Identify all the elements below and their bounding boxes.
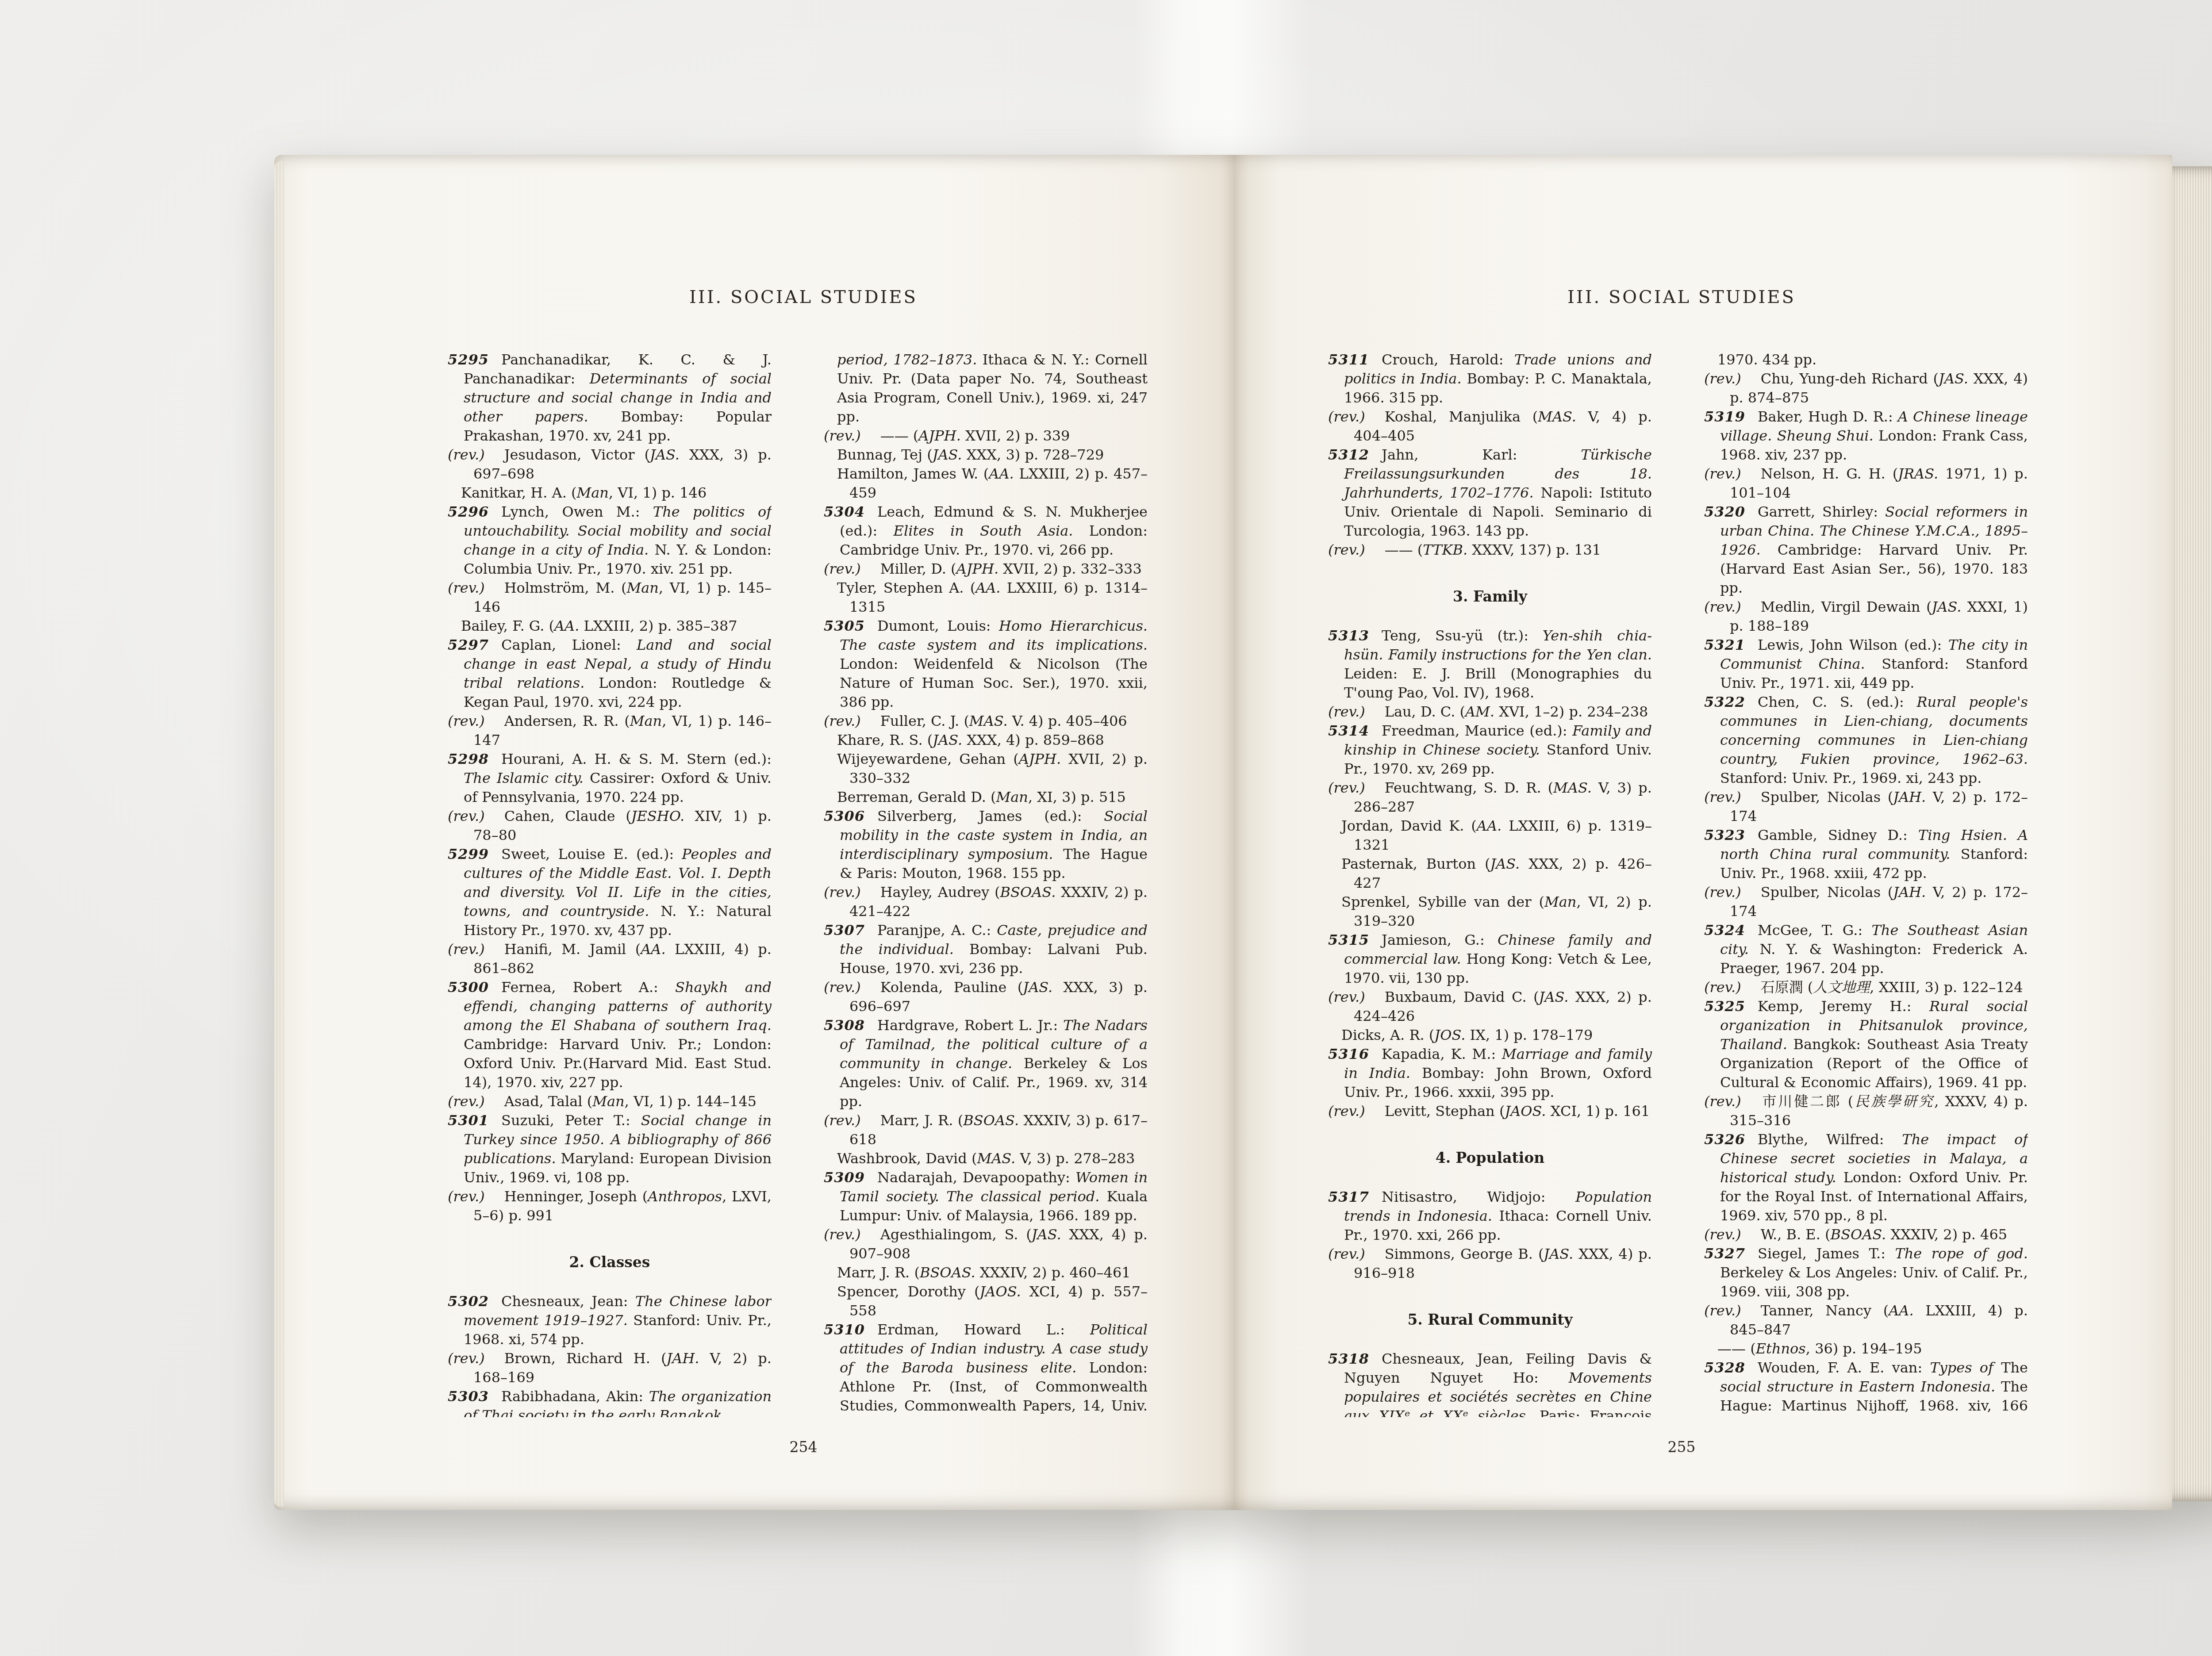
review-text: Koshal, Manjulika ( xyxy=(1385,408,1538,425)
entry-text: Dumont, Louis: xyxy=(877,617,999,634)
review-text: Nelson, H. G. H. ( xyxy=(1761,465,1898,482)
rev-label: (rev.) xyxy=(1704,465,1741,482)
entry-text: Hardgrave, Robert L. Jr.: xyxy=(877,1017,1063,1034)
bib-entry-5305: 5305Dumont, Louis: Homo Hierarchicus. Th… xyxy=(824,617,1148,712)
rev-label: (rev.) xyxy=(1328,779,1365,796)
journal-abbrev: AJPH. xyxy=(956,560,999,577)
entry-number: 5314 xyxy=(1328,722,1369,739)
journal-abbrev: AA. xyxy=(1477,817,1502,834)
journal-abbrev: AA. xyxy=(554,617,579,634)
review-line: (rev.)Kolenda, Pauline (JAS. XXX, 3) p. … xyxy=(824,978,1148,1016)
bib-entry-5296: 5296Lynch, Owen M.: The politics of unto… xyxy=(448,502,772,579)
bib-entry-continuation: 1970. 434 pp. xyxy=(1704,350,2028,369)
rev-label: (rev.) xyxy=(448,446,485,463)
bib-entry-5318: 5318Chesneaux, Jean, Feiling Davis & Ngu… xyxy=(1328,1349,1652,1417)
entry-text: Jahn, Karl: xyxy=(1382,446,1581,463)
photo-background: III. SOCIAL STUDIES 5295Panchanadikar, K… xyxy=(0,0,2212,1656)
review-text: Jesudason, Victor ( xyxy=(504,446,650,463)
entry-number: 5309 xyxy=(824,1169,865,1186)
page-left-columns: 5295Panchanadikar, K. C. & J. Panchanadi… xyxy=(448,350,1159,1417)
entry-text: Gamble, Sidney D.: xyxy=(1758,827,1918,843)
review-line: Tyler, Stephen A. (AA. LXXIII, 6) p. 131… xyxy=(824,579,1148,617)
journal-abbrev: AM. xyxy=(1465,703,1494,720)
entry-number: 5323 xyxy=(1704,827,1745,843)
bib-entry-5311: 5311Crouch, Harold: Trade unions and pol… xyxy=(1328,350,1652,407)
bib-entry-5312: 5312Jahn, Karl: Türkische Freilassungsur… xyxy=(1328,445,1652,540)
journal-abbrev: AA. xyxy=(989,465,1014,482)
review-text: , VI, 1) p. 144–145 xyxy=(625,1093,757,1110)
bib-entry-5300: 5300Fernea, Robert A.: Shaykh and effend… xyxy=(448,978,772,1092)
entry-text: Cambridge: Harvard Univ. Pr.; London: Ox… xyxy=(464,1036,772,1091)
title-italic: period, 1782–1873. xyxy=(837,351,977,368)
review-line: (rev.)市川健二郎 (民族學研究, XXXV, 4) p. 315–316 xyxy=(1704,1092,2028,1130)
review-text: Medlin, Virgil Dewain ( xyxy=(1761,598,1932,615)
journal-abbrev: AA. xyxy=(641,941,665,958)
journal-abbrev: MAS. xyxy=(977,1150,1015,1167)
entry-number: 5301 xyxy=(448,1112,489,1129)
page-edges xyxy=(2172,166,2212,1501)
open-book: III. SOCIAL STUDIES 5295Panchanadikar, K… xyxy=(274,155,2212,1510)
rev-label: (rev.) xyxy=(448,941,485,958)
review-text: 石原潤 ( xyxy=(1761,979,1813,996)
rev-label: (rev.) xyxy=(1328,408,1365,425)
review-line: (rev.)Tanner, Nancy (AA. LXXIII, 4) p. 8… xyxy=(1704,1301,2028,1339)
review-text: XCI, 1) p. 161 xyxy=(1546,1103,1650,1119)
journal-abbrev: JOS. xyxy=(1434,1027,1465,1043)
review-line: (rev.)Hanifi, M. Jamil (AA. LXXIII, 4) p… xyxy=(448,940,772,978)
review-line: (rev.)Chu, Yung-deh Richard (JAS. XXX, 4… xyxy=(1704,369,2028,407)
review-text: , XXIII, 3) p. 122–124 xyxy=(1870,979,2023,996)
section-heading: 3. Family xyxy=(1328,587,1652,606)
journal-abbrev: 民族學研究 xyxy=(1853,1093,1934,1110)
entry-number: 5312 xyxy=(1328,446,1369,463)
review-line: (rev.)W., B. E. (BSOAS. XXXIV, 2) p. 465 xyxy=(1704,1225,2028,1244)
review-line: (rev.)Henninger, Joseph (Anthropos, LXVI… xyxy=(448,1187,772,1225)
review-text: Lau, D. C. ( xyxy=(1385,703,1465,720)
review-text: Khare, R. S. ( xyxy=(837,732,933,748)
rev-label: (rev.) xyxy=(448,1093,485,1110)
entry-text: N. Y. & Washington: Frederick A. Praeger… xyxy=(1720,941,2028,977)
journal-abbrev: MAS. xyxy=(969,713,1008,729)
entry-text: Silverberg, James (ed.): xyxy=(877,808,1104,824)
review-text: Henninger, Joseph ( xyxy=(504,1188,648,1205)
entry-number: 5321 xyxy=(1704,636,1745,653)
entry-text: Rabibhadana, Akin: xyxy=(501,1388,649,1405)
review-text: , 36) p. 194–195 xyxy=(1806,1340,1922,1357)
review-text: Jordan, David K. ( xyxy=(1341,817,1477,834)
journal-abbrev: Man xyxy=(626,579,658,596)
review-text: —— ( xyxy=(880,427,919,444)
journal-abbrev: Man xyxy=(592,1093,624,1110)
review-line: (rev.)Andersen, R. R. (Man, VI, 1) p. 14… xyxy=(448,712,772,750)
bib-entry-continuation: period, 1782–1873. Ithaca & N. Y.: Corne… xyxy=(824,350,1148,426)
page-left: III. SOCIAL STUDIES 5295Panchanadikar, K… xyxy=(274,155,1234,1510)
review-line: (rev.)Holmström, M. (Man, VI, 1) p. 145–… xyxy=(448,579,772,617)
review-text: V, 3) p. 278–283 xyxy=(1015,1150,1135,1167)
review-text: Kolenda, Pauline ( xyxy=(880,979,1023,996)
page-right-columns: 5311Crouch, Harold: Trade unions and pol… xyxy=(1328,350,2035,1417)
entry-number: 5308 xyxy=(824,1017,865,1034)
review-line: (rev.)Jesudason, Victor (JAS. XXX, 3) p.… xyxy=(448,445,772,483)
journal-abbrev: JAH. xyxy=(1893,884,1926,901)
review-text: Berreman, Gerald D. ( xyxy=(837,789,996,805)
page-right-column-2: 1970. 434 pp.(rev.)Chu, Yung-deh Richard… xyxy=(1704,350,2028,1417)
entry-number: 5302 xyxy=(448,1293,489,1310)
review-line: Dicks, A. R. (JOS. IX, 1) p. 178–179 xyxy=(1328,1026,1652,1045)
review-line: Marr, J. R. (BSOAS. XXXIV, 2) p. 460–461 xyxy=(824,1263,1148,1282)
review-text: Levitt, Stephan ( xyxy=(1385,1103,1505,1119)
review-line: —— (Ethnos, 36) p. 194–195 xyxy=(1704,1339,2028,1358)
bib-entry-5316: 5316Kapadia, K. M.: Marriage and family … xyxy=(1328,1045,1652,1102)
journal-abbrev: Man xyxy=(630,713,662,729)
entry-text: Nitisastro, Widjojo: xyxy=(1382,1188,1575,1205)
bib-entry-5295: 5295Panchanadikar, K. C. & J. Panchanadi… xyxy=(448,350,772,445)
review-text: Marr, J. R. ( xyxy=(880,1112,964,1129)
review-text: —— ( xyxy=(1385,541,1423,558)
review-text: Hamilton, James W. ( xyxy=(837,465,989,482)
entry-number: 5307 xyxy=(824,922,865,939)
journal-abbrev: BSOAS. xyxy=(1831,1226,1886,1243)
bib-entry-5309: 5309Nadarajah, Devapoopathy: Women in Ta… xyxy=(824,1168,1148,1225)
review-text: LXXIII, 2) p. 385–387 xyxy=(579,617,737,634)
review-text: Buxbaum, David C. ( xyxy=(1385,989,1539,1005)
journal-abbrev: AJPH. xyxy=(1019,751,1061,767)
entry-text: Lynch, Owen M.: xyxy=(501,503,653,520)
review-text: Bunnag, Tej ( xyxy=(837,446,933,463)
page-header-right: III. SOCIAL STUDIES xyxy=(1328,287,2035,308)
review-text: Hayley, Audrey ( xyxy=(880,884,1000,901)
rev-label: (rev.) xyxy=(1704,979,1741,996)
journal-abbrev: 人文地理 xyxy=(1813,979,1870,996)
review-text: W., B. E. ( xyxy=(1761,1226,1831,1243)
review-line: (rev.)Nelson, H. G. H. (JRAS. 1971, 1) p… xyxy=(1704,464,2028,502)
review-text: Chu, Yung-deh Richard ( xyxy=(1761,370,1939,387)
bib-entry-5319: 5319Baker, Hugh D. R.: A Chinese lineage… xyxy=(1704,407,2028,464)
journal-abbrev: TTKB. xyxy=(1423,541,1467,558)
bib-entry-5304: 5304Leach, Edmund & S. N. Mukherjee (ed.… xyxy=(824,502,1148,560)
review-text: 市川健二郎 ( xyxy=(1761,1093,1854,1110)
entry-text: Lewis, John Wilson (ed.): xyxy=(1758,636,1948,653)
journal-abbrev: Anthropos xyxy=(648,1188,722,1205)
entry-text: London: Weidenfeld & Nicolson (The Natur… xyxy=(840,655,1148,710)
journal-abbrev: Man xyxy=(576,484,608,501)
review-line: (rev.)Marr, J. R. (BSOAS. XXXIV, 3) p. 6… xyxy=(824,1111,1148,1149)
entry-text: Wouden, F. A. E. van: xyxy=(1758,1359,1930,1376)
review-line: Bailey, F. G. (AA. LXXIII, 2) p. 385–387 xyxy=(448,617,772,636)
review-text: Hanifi, M. Jamil ( xyxy=(504,941,641,958)
rev-label: (rev.) xyxy=(448,1350,485,1367)
review-text: IX, 1) p. 178–179 xyxy=(1465,1027,1593,1043)
review-line: (rev.)Asad, Talal (Man, VI, 1) p. 144–14… xyxy=(448,1092,772,1111)
entry-text: Leiden: E. J. Brill (Monographies du T'o… xyxy=(1344,665,1652,701)
entry-text: Cambridge: Harvard Univ. Pr. (Harvard Ea… xyxy=(1720,541,2028,596)
entry-number: 5306 xyxy=(824,808,865,824)
journal-abbrev: Man xyxy=(1544,893,1576,910)
review-line: (rev.)Cahen, Claude (JESHO. XIV, 1) p. 7… xyxy=(448,807,772,845)
bib-entry-5307: 5307Paranjpe, A. C.: Caste, prejudice an… xyxy=(824,921,1148,978)
bib-entry-5317: 5317Nitisastro, Widjojo: Population tren… xyxy=(1328,1188,1652,1245)
journal-abbrev: JAH. xyxy=(1893,789,1926,805)
entry-number: 5295 xyxy=(448,351,489,368)
journal-abbrev: JAS. xyxy=(1023,979,1052,996)
review-text: Miller, D. ( xyxy=(880,560,956,577)
journal-abbrev: JAH. xyxy=(667,1350,699,1367)
bib-entry-5313: 5313Teng, Ssu-yü (tr.): Yen-shih chia-hs… xyxy=(1328,626,1652,702)
review-line: Kanitkar, H. A. (Man, VI, 1) p. 146 xyxy=(448,483,772,502)
review-text: Agesthialingom, S. ( xyxy=(880,1226,1032,1243)
title-italic: Elites in South Asia. xyxy=(894,522,1073,539)
review-line: (rev.)石原潤 (人文地理, XXIII, 3) p. 122–124 xyxy=(1704,978,2028,997)
bib-entry-5302: 5302Chesneaux, Jean: The Chinese labor m… xyxy=(448,1292,772,1349)
review-text: XXX, 4) p. 859–868 xyxy=(962,732,1104,748)
review-text: Spulber, Nicolas ( xyxy=(1761,789,1893,805)
page-header-left: III. SOCIAL STUDIES xyxy=(448,287,1159,308)
entry-number: 5326 xyxy=(1704,1131,1745,1148)
rev-label: (rev.) xyxy=(1704,884,1741,901)
entry-text: Blythe, Wilfred: xyxy=(1758,1131,1902,1148)
review-line: Spencer, Dorothy (JAOS. XCI, 4) p. 557–5… xyxy=(824,1282,1148,1320)
review-line: (rev.)Agesthialingom, S. (JAS. XXX, 4) p… xyxy=(824,1225,1148,1263)
review-line: (rev.)Lau, D. C. (AM. XVI, 1–2) p. 234–2… xyxy=(1328,702,1652,721)
review-line: (rev.)Medlin, Virgil Dewain (JAS. XXXI, … xyxy=(1704,598,2028,636)
rev-label: (rev.) xyxy=(448,713,485,729)
entry-number: 5328 xyxy=(1704,1359,1745,1376)
review-text: Kanitkar, H. A. ( xyxy=(461,484,576,501)
review-text: Washbrook, David ( xyxy=(837,1150,977,1167)
entry-text: Siegel, James T.: xyxy=(1758,1245,1895,1262)
entry-number: 5310 xyxy=(824,1321,865,1338)
review-line: (rev.)—— (TTKB. XXXV, 137) p. 131 xyxy=(1328,540,1652,560)
bib-entry-5306: 5306Silverberg, James (ed.): Social mobi… xyxy=(824,807,1148,883)
bib-entry-5310: 5310Erdman, Howard L.: Political attitud… xyxy=(824,1320,1148,1417)
entry-text: Sweet, Louise E. (ed.): xyxy=(501,846,682,862)
review-text: XXX, 3) p. 728–729 xyxy=(962,446,1104,463)
entry-number: 5324 xyxy=(1704,922,1745,939)
bib-entry-5298: 5298Hourani, A. H. & S. M. Stern (ed.): … xyxy=(448,750,772,807)
entry-text: Fernea, Robert A.: xyxy=(501,979,675,996)
review-line: (rev.)Buxbaum, David C. (JAS. XXX, 2) p.… xyxy=(1328,988,1652,1026)
entry-text: Berkeley & Los Angeles: Univ. of Calif. … xyxy=(1720,1264,2028,1300)
bib-entry-5321: 5321Lewis, John Wilson (ed.): The city i… xyxy=(1704,636,2028,693)
bib-entry-5297: 5297Caplan, Lionel: Land and social chan… xyxy=(448,636,772,712)
review-line: (rev.)Levitt, Stephan (JAOS. XCI, 1) p. … xyxy=(1328,1102,1652,1121)
review-line: (rev.)Koshal, Manjulika (MAS. V, 4) p. 4… xyxy=(1328,407,1652,445)
review-text: Tyler, Stephen A. ( xyxy=(837,579,975,596)
journal-abbrev: BSOAS. xyxy=(1000,884,1056,901)
review-text: Sprenkel, Sybille van der ( xyxy=(1341,893,1544,910)
entry-number: 5311 xyxy=(1328,351,1369,368)
journal-abbrev: MAS. xyxy=(1553,779,1592,796)
journal-abbrev: JAS. xyxy=(1032,1226,1061,1243)
entry-text: Caplan, Lionel: xyxy=(501,636,637,653)
bib-entry-5308: 5308Hardgrave, Robert L. Jr.: The Nadars… xyxy=(824,1016,1148,1111)
title-italic: The Islamic city. xyxy=(464,770,584,786)
entry-text: Kemp, Jeremy H.: xyxy=(1758,998,1929,1015)
review-line: Pasternak, Burton (JAS. XXX, 2) p. 426–4… xyxy=(1328,855,1652,893)
rev-label: (rev.) xyxy=(448,1188,485,1205)
entry-number: 5297 xyxy=(448,636,489,653)
journal-abbrev: JAS. xyxy=(933,446,962,463)
review-text: Andersen, R. R. ( xyxy=(504,713,630,729)
review-text: XVI, 1–2) p. 234–238 xyxy=(1494,703,1648,720)
entry-text: Erdman, Howard L.: xyxy=(877,1321,1090,1338)
entry-text: McGee, T. G.: xyxy=(1758,922,1871,939)
journal-abbrev: Man xyxy=(996,789,1028,805)
rev-label: (rev.) xyxy=(824,979,861,996)
page-right-column-1: 5311Crouch, Harold: Trade unions and pol… xyxy=(1328,350,1652,1417)
journal-abbrev: JAS. xyxy=(1939,370,1968,387)
section-heading: 2. Classes xyxy=(448,1253,772,1272)
entry-number: 5318 xyxy=(1328,1350,1369,1367)
review-line: (rev.)Spulber, Nicolas (JAH. V, 2) p. 17… xyxy=(1704,788,2028,826)
bib-entry-5315: 5315Jamieson, G.: Chinese family and com… xyxy=(1328,931,1652,988)
rev-label: (rev.) xyxy=(1328,703,1365,720)
entry-number: 5315 xyxy=(1328,931,1369,948)
review-text: Asad, Talal ( xyxy=(504,1093,593,1110)
entry-text: Nadarajah, Devapoopathy: xyxy=(877,1169,1075,1186)
entry-number: 5322 xyxy=(1704,694,1745,710)
review-line: Jordan, David K. (AA. LXXIII, 6) p. 1319… xyxy=(1328,816,1652,855)
review-line: (rev.)Spulber, Nicolas (JAH. V, 2) p. 17… xyxy=(1704,883,2028,921)
bib-entry-5320: 5320Garrett, Shirley: Social reformers i… xyxy=(1704,502,2028,598)
bib-entry-5303: 5303Rabibhadana, Akin: The organization … xyxy=(448,1387,772,1417)
rev-label: (rev.) xyxy=(1704,598,1741,615)
bib-entry-5299: 5299Sweet, Louise E. (ed.): Peoples and … xyxy=(448,845,772,940)
bib-entry-5301: 5301Suzuki, Peter T.: Social change in T… xyxy=(448,1111,772,1187)
review-text: Dicks, A. R. ( xyxy=(1341,1027,1434,1043)
rev-label: (rev.) xyxy=(448,808,485,824)
review-line: Khare, R. S. (JAS. XXX, 4) p. 859–868 xyxy=(824,731,1148,750)
entry-number: 5325 xyxy=(1704,998,1745,1015)
page-right: III. SOCIAL STUDIES 5311Crouch, Harold: … xyxy=(1234,155,2172,1510)
review-text: Marr, J. R. ( xyxy=(837,1264,920,1281)
rev-label: (rev.) xyxy=(1328,541,1365,558)
page-left-column-2: period, 1782–1873. Ithaca & N. Y.: Corne… xyxy=(824,350,1148,1417)
review-text: , XI, 3) p. 515 xyxy=(1028,789,1126,805)
review-line: Bunnag, Tej (JAS. XXX, 3) p. 728–729 xyxy=(824,445,1148,464)
title-italic: social structure in Eastern Indonesia. xyxy=(1720,1378,1995,1395)
review-line: (rev.)Feuchtwang, S. D. R. (MAS. V, 3) p… xyxy=(1328,778,1652,816)
journal-abbrev: MAS. xyxy=(1538,408,1576,425)
bib-entry-5323: 5323Gamble, Sidney D.: Ting Hsien. A nor… xyxy=(1704,826,2028,883)
journal-abbrev: JESHO. xyxy=(631,808,685,824)
journal-abbrev: BSOAS. xyxy=(963,1112,1019,1129)
bib-entry-5314: 5314Freedman, Maurice (ed.): Family and … xyxy=(1328,721,1652,778)
bib-entry-5327: 5327Siegel, James T.: The rope of god. B… xyxy=(1704,1244,2028,1301)
journal-abbrev: JAS. xyxy=(1490,855,1520,872)
journal-abbrev: JAOS. xyxy=(979,1283,1021,1300)
review-text: Cahen, Claude ( xyxy=(504,808,631,824)
rev-label: (rev.) xyxy=(1704,1093,1741,1110)
entry-text: Paranjpe, A. C.: xyxy=(877,922,997,939)
review-line: (rev.)Miller, D. (AJPH. XVII, 2) p. 332–… xyxy=(824,560,1148,579)
review-text: Holmström, M. ( xyxy=(504,579,627,596)
review-line: Washbrook, David (MAS. V, 3) p. 278–283 xyxy=(824,1149,1148,1168)
entry-number: 5319 xyxy=(1704,408,1745,425)
review-line: Hamilton, James W. (AA. LXXIII, 2) p. 45… xyxy=(824,464,1148,502)
rev-label: (rev.) xyxy=(824,713,861,729)
entry-number: 5305 xyxy=(824,617,865,634)
entry-number: 5299 xyxy=(448,846,489,862)
entry-text: Chen, C. S. (ed.): xyxy=(1758,694,1916,710)
entry-text: Freedman, Maurice (ed.): xyxy=(1382,722,1572,739)
entry-text: Stanford: Univ. Pr., 1969. xi, 243 pp. xyxy=(1720,770,1982,786)
review-line: (rev.)Simmons, George B. (JAS. XXX, 4) p… xyxy=(1328,1245,1652,1283)
entry-number: 5298 xyxy=(448,751,489,767)
entry-number: 5296 xyxy=(448,503,489,520)
bib-entry-5325: 5325Kemp, Jeremy H.: Rural social organi… xyxy=(1704,997,2028,1092)
review-text: Brown, Richard H. ( xyxy=(504,1350,667,1367)
review-text: Spencer, Dorothy ( xyxy=(837,1283,979,1300)
entry-text: 1970. 434 pp. xyxy=(1717,351,1816,368)
journal-abbrev: Ethnos xyxy=(1756,1340,1806,1357)
journal-abbrev: BSOAS. xyxy=(920,1264,975,1281)
journal-abbrev: AA. xyxy=(975,579,1000,596)
rev-label: (rev.) xyxy=(1328,1103,1365,1119)
journal-abbrev: JRAS. xyxy=(1898,465,1938,482)
section-heading: 5. Rural Community xyxy=(1328,1310,1652,1329)
entry-number: 5304 xyxy=(824,503,865,520)
entry-text: The xyxy=(1993,1359,2028,1376)
entry-text: Teng, Ssu-yü (tr.): xyxy=(1382,627,1543,644)
review-text: XXXV, 137) p. 131 xyxy=(1467,541,1601,558)
review-line: (rev.)Brown, Richard H. (JAH. V, 2) p. 1… xyxy=(448,1349,772,1387)
entry-number: 5313 xyxy=(1328,627,1369,644)
journal-abbrev: JAS. xyxy=(1932,598,1961,615)
review-line: (rev.)—— (AJPH. XVII, 2) p. 339 xyxy=(824,426,1148,445)
review-text: Tanner, Nancy ( xyxy=(1761,1302,1889,1319)
review-text: Feuchtwang, S. D. R. ( xyxy=(1385,779,1553,796)
rev-label: (rev.) xyxy=(1704,789,1741,805)
review-text: XXXIV, 2) p. 465 xyxy=(1886,1226,2007,1243)
rev-label: (rev.) xyxy=(824,1112,861,1129)
review-text: Wijeyewardene, Gehan ( xyxy=(837,751,1019,767)
entry-text: Kapadia, K. M.: xyxy=(1382,1046,1502,1062)
entry-text: Suzuki, Peter T.: xyxy=(501,1112,641,1129)
entry-text: Crouch, Harold: xyxy=(1382,351,1514,368)
review-text: , VI, 1) p. 146 xyxy=(609,484,707,501)
entry-number: 5300 xyxy=(448,979,489,996)
review-text: Spulber, Nicolas ( xyxy=(1761,884,1893,901)
rev-label: (rev.) xyxy=(1704,1302,1741,1319)
review-line: (rev.)Hayley, Audrey (BSOAS. XXXIV, 2) p… xyxy=(824,883,1148,921)
journal-abbrev: AA. xyxy=(1889,1302,1913,1319)
review-line: (rev.)Fuller, C. J. (MAS. V. 4) p. 405–4… xyxy=(824,712,1148,731)
title-italic: The rope of god. xyxy=(1895,1245,2028,1262)
review-text: XXXIV, 2) p. 460–461 xyxy=(975,1264,1131,1281)
rev-label: (rev.) xyxy=(824,427,861,444)
review-text: Pasternak, Burton ( xyxy=(1341,855,1490,872)
review-text: —— ( xyxy=(1717,1340,1756,1357)
bib-entry-5322: 5322Chen, C. S. (ed.): Rural people's co… xyxy=(1704,693,2028,788)
entry-number: 5303 xyxy=(448,1388,489,1405)
journal-abbrev: JAOS. xyxy=(1505,1103,1546,1119)
review-line: Sprenkel, Sybille van der (Man, VI, 2) p… xyxy=(1328,893,1652,931)
bib-entry-5328: 5328Wouden, F. A. E. van: Types of The s… xyxy=(1704,1358,2028,1417)
entry-number: 5327 xyxy=(1704,1245,1745,1262)
review-text: Simmons, George B. ( xyxy=(1385,1246,1544,1262)
page-number-left: 254 xyxy=(448,1438,1159,1456)
entry-text: Garrett, Shirley: xyxy=(1758,503,1885,520)
page-left-column-1: 5295Panchanadikar, K. C. & J. Panchanadi… xyxy=(448,350,772,1417)
rev-label: (rev.) xyxy=(1328,989,1365,1005)
review-text: V. 4) p. 405–406 xyxy=(1008,713,1127,729)
rev-label: (rev.) xyxy=(1328,1246,1365,1262)
entry-number: 5316 xyxy=(1328,1046,1369,1062)
review-text: XVII, 2) p. 332–333 xyxy=(998,560,1142,577)
review-line: Berreman, Gerald D. (Man, XI, 3) p. 515 xyxy=(824,788,1148,807)
journal-abbrev: JAS. xyxy=(650,446,680,463)
